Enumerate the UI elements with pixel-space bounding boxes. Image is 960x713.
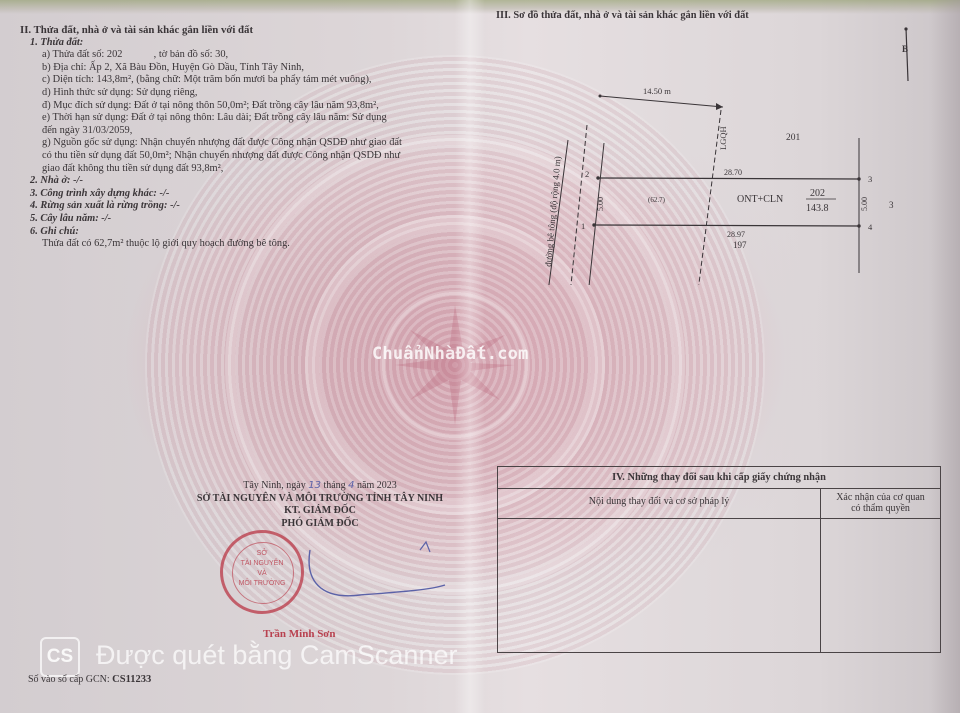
svg-text:LGQH: LGQH <box>718 126 728 150</box>
handwritten-month: 4 <box>348 480 354 491</box>
svg-text:14.50 m: 14.50 m <box>643 86 671 96</box>
camscanner-watermark: Được quét bằng CamScanner <box>96 640 457 671</box>
signature-scribble <box>300 540 450 610</box>
change-content-cell <box>498 519 821 652</box>
usage-origin: g) Nguồn gốc sử dụng: Nhận chuyển nhượng… <box>20 137 460 150</box>
perennial-item: 5. Cây lâu năm: -/- <box>20 213 460 226</box>
issuing-authority: SỞ TÀI NGUYÊN VÀ MÔI TRƯỜNG TỈNH TÂY NIN… <box>150 493 490 506</box>
north-arrow-icon: B <box>902 27 908 81</box>
svg-text:202: 202 <box>810 188 825 199</box>
other-works-item: 3. Công trình xây dựng khác: -/- <box>20 188 460 201</box>
site-watermark: ChuẩnNhàĐất.com <box>372 344 529 364</box>
address: b) Địa chỉ: Ấp 2, Xã Bàu Đồn, Huyện Gò D… <box>20 62 460 75</box>
usage-purpose: đ) Mục đích sử dụng: Đất ở tại nông thôn… <box>20 100 460 113</box>
usage-origin-cont: có thu tiền sử dụng đất 50,0m²; Nhận chu… <box>20 150 460 163</box>
usage-term-cont: đến ngày 31/03/2059, <box>20 125 460 138</box>
svg-text:28.97: 28.97 <box>727 230 745 239</box>
official-stamp: SỞ TÀI NGUYÊN VÀ MÔI TRƯỜNG <box>220 530 304 614</box>
svg-text:B: B <box>902 44 908 54</box>
registry-number: Số vào sổ cấp GCN: CS11233 <box>28 674 151 685</box>
section-2-title: II. Thửa đất, nhà ở và tài sản khác gắn … <box>20 24 460 37</box>
forest-item: 4. Rừng sản xuất là rừng trồng: -/- <box>20 200 460 213</box>
section-4-title: IV. Những thay đổi sau khi cấp giấy chứn… <box>498 467 940 489</box>
changes-table-body <box>498 519 940 652</box>
notes-text: Thửa đất có 62,7m² thuộc lộ giới quy hoạ… <box>20 238 460 251</box>
signer-role-2: PHÓ GIÁM ĐỐC <box>150 518 490 531</box>
usage-origin-cont2: giao đất không thu tiền sử dụng đất 93,8… <box>20 163 460 176</box>
svg-text:đường bê tông (độ rộng 4.0 m): đường bê tông (độ rộng 4.0 m) <box>543 156 563 267</box>
authority-cell <box>821 519 940 652</box>
parcel-number: a) Thửa đất số: 202 , tờ bản đồ số: 30, <box>20 49 460 62</box>
notes-heading: 6. Ghi chú: <box>20 226 460 239</box>
signer-role-1: KT. GIÁM ĐỐC <box>150 505 490 518</box>
changes-table: IV. Những thay đổi sau khi cấp giấy chứn… <box>497 466 941 653</box>
house-item: 2. Nhà ở: -/- <box>20 175 460 188</box>
col-authority-confirmation: Xác nhận của cơ quan có thẩm quyền <box>821 489 940 518</box>
svg-text:3: 3 <box>868 174 872 184</box>
svg-text:5.00: 5.00 <box>596 197 605 211</box>
col-change-content: Nội dung thay đổi và cơ sở pháp lý <box>498 489 821 518</box>
section-land-info: II. Thửa đất, nhà ở và tài sản khác gắn … <box>20 24 460 251</box>
svg-text:5.00: 5.00 <box>860 197 869 211</box>
place-date: Tây Ninh, ngày 13 tháng 4 năm 2023 <box>150 480 490 493</box>
usage-term: e) Thời hạn sử dụng: Đất ở tại nông thôn… <box>20 112 460 125</box>
svg-text:4: 4 <box>868 222 873 232</box>
section-3-title: III. Sơ đồ thửa đất, nhà ở và tài sản kh… <box>496 10 749 21</box>
svg-text:28.70: 28.70 <box>724 168 742 177</box>
signature-block: Tây Ninh, ngày 13 tháng 4 năm 2023 SỞ TÀ… <box>150 480 490 530</box>
svg-text:197: 197 <box>733 240 747 250</box>
svg-text:2: 2 <box>585 169 589 179</box>
svg-text:3: 3 <box>889 200 894 210</box>
svg-text:(62.7): (62.7) <box>648 196 666 204</box>
svg-text:1: 1 <box>581 221 585 231</box>
parcel-diagram: B 14.50 m đường bê tông (độ rộng 4.0 m) … <box>490 25 930 285</box>
signer-name: Trần Minh Sơn <box>263 628 336 640</box>
changes-table-header: Nội dung thay đổi và cơ sở pháp lý Xác n… <box>498 489 940 519</box>
svg-text:143.8: 143.8 <box>806 203 829 214</box>
svg-text:201: 201 <box>786 133 801 143</box>
camscanner-logo-icon: CS <box>40 637 80 677</box>
usage-form: d) Hình thức sử dụng: Sử dụng riêng, <box>20 87 460 100</box>
land-heading: 1. Thửa đất: <box>20 37 460 50</box>
area: c) Diện tích: 143,8m², (bằng chữ: Một tr… <box>20 74 460 87</box>
svg-text:ONT+CLN: ONT+CLN <box>737 194 783 205</box>
handwritten-day: 13 <box>308 480 321 491</box>
